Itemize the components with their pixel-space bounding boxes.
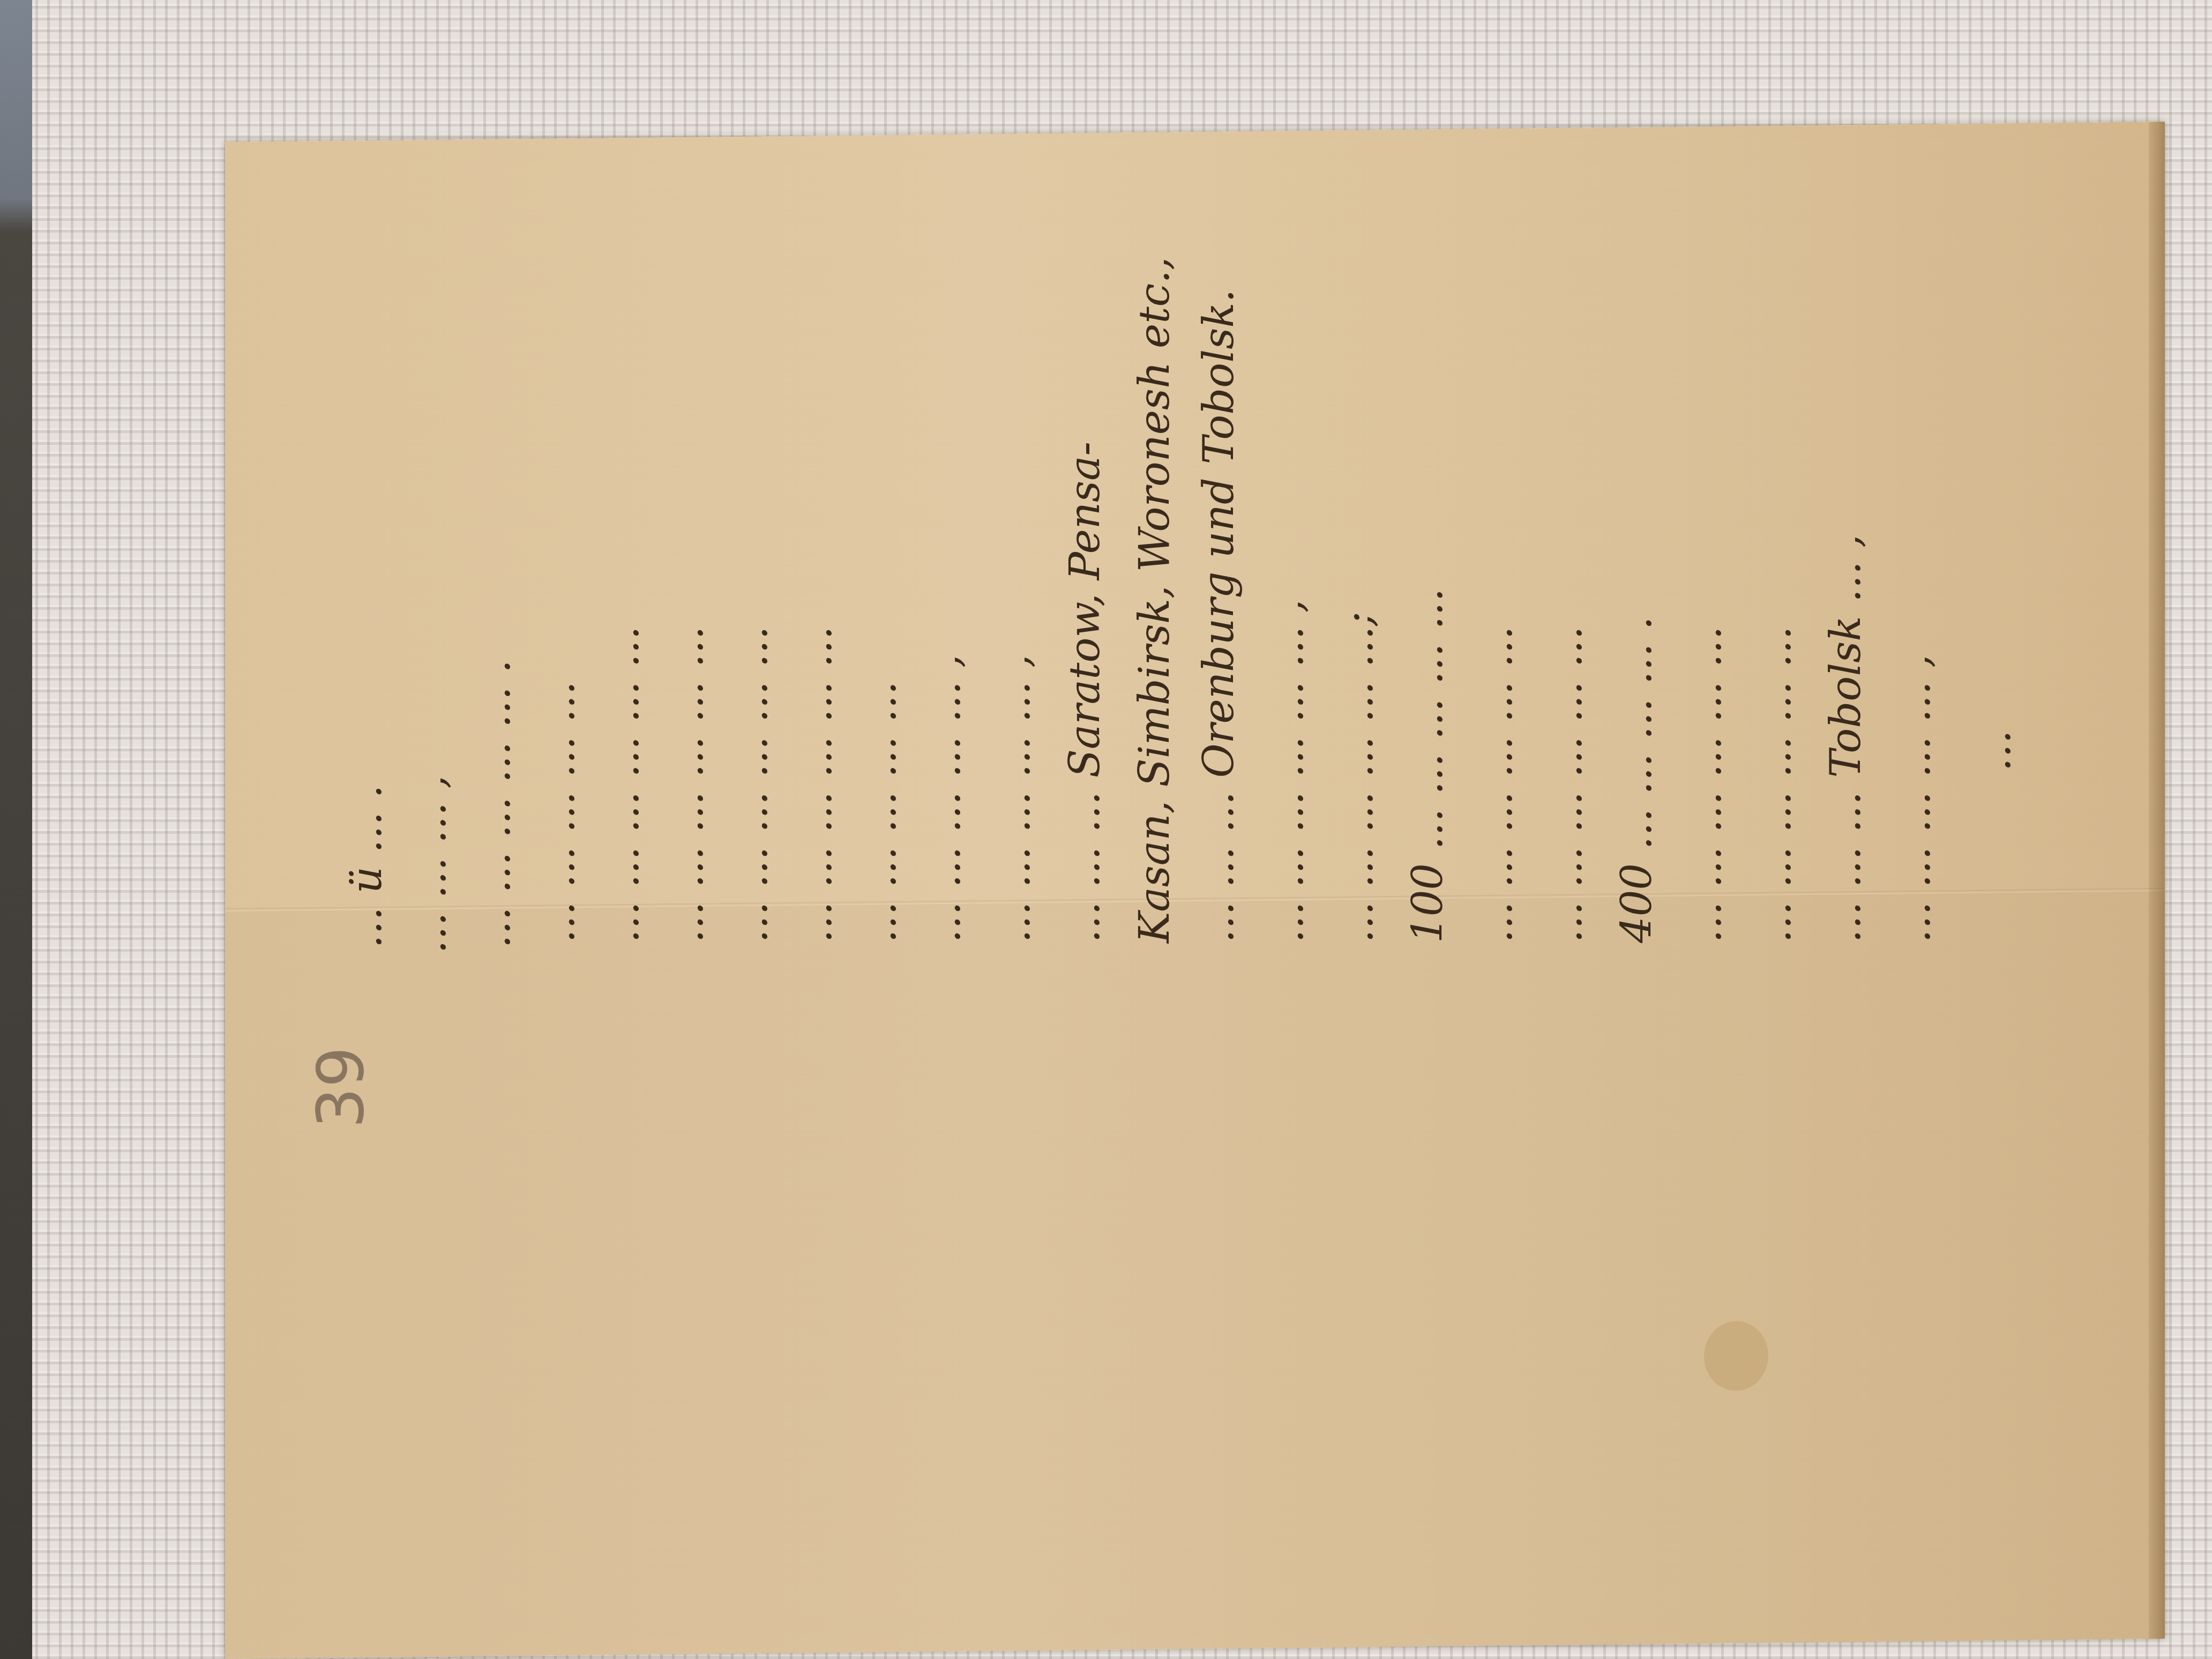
manuscript-line: … … … … … , xyxy=(922,654,970,943)
manuscript-line: … … … … … … xyxy=(793,626,841,943)
manuscript-line: … … … Tobolsk … , xyxy=(1822,534,1870,943)
manuscript-line: … … … … … , xyxy=(991,654,1040,943)
manuscript-line: … … … Orenburg und Tobolsk. xyxy=(1195,289,1243,943)
manuscript-line: … … … … … … xyxy=(729,626,777,943)
manuscript-line: … … … … … … xyxy=(1683,626,1731,943)
manuscript-line: … … … … … … xyxy=(664,626,713,943)
manuscript-line: … … … Saratow, Pensa- xyxy=(1061,442,1109,943)
manuscript-line: … … … … … …; xyxy=(1334,612,1382,943)
manuscript-line: 400 … … … … . xyxy=(1613,616,1661,943)
table-edge xyxy=(0,0,32,1659)
manuscript-line: … … … … … , xyxy=(1892,654,1940,943)
manuscript-line: 100 … … … … … xyxy=(1404,588,1452,943)
page-number: 39 xyxy=(304,1047,378,1129)
manuscript-line: … … … , xyxy=(407,775,455,954)
manuscript-line: … … … … … xyxy=(536,681,584,943)
paper-lower-half xyxy=(225,891,2165,1659)
manuscript-line: Kasan, Simbirsk, Woronesh etc., xyxy=(1131,257,1179,943)
manuscript-line: … … … … … xyxy=(857,681,906,943)
manuscript-line: … ü … . xyxy=(343,785,391,948)
manuscript-line: … xyxy=(1972,730,2020,772)
manuscript-line: … … … … … … xyxy=(1474,626,1522,943)
manuscript-line: … … … … … … xyxy=(1752,626,1800,943)
manuscript-line: … … … … … . xyxy=(472,660,520,948)
manuscript-line: … … … … … … xyxy=(600,626,648,943)
paper-edge xyxy=(2149,122,2165,1639)
manuscript-line: … … … … … … , xyxy=(1265,599,1313,943)
manuscript-line: … … … … … … xyxy=(1543,626,1591,943)
paper-stain xyxy=(1704,1321,1768,1391)
